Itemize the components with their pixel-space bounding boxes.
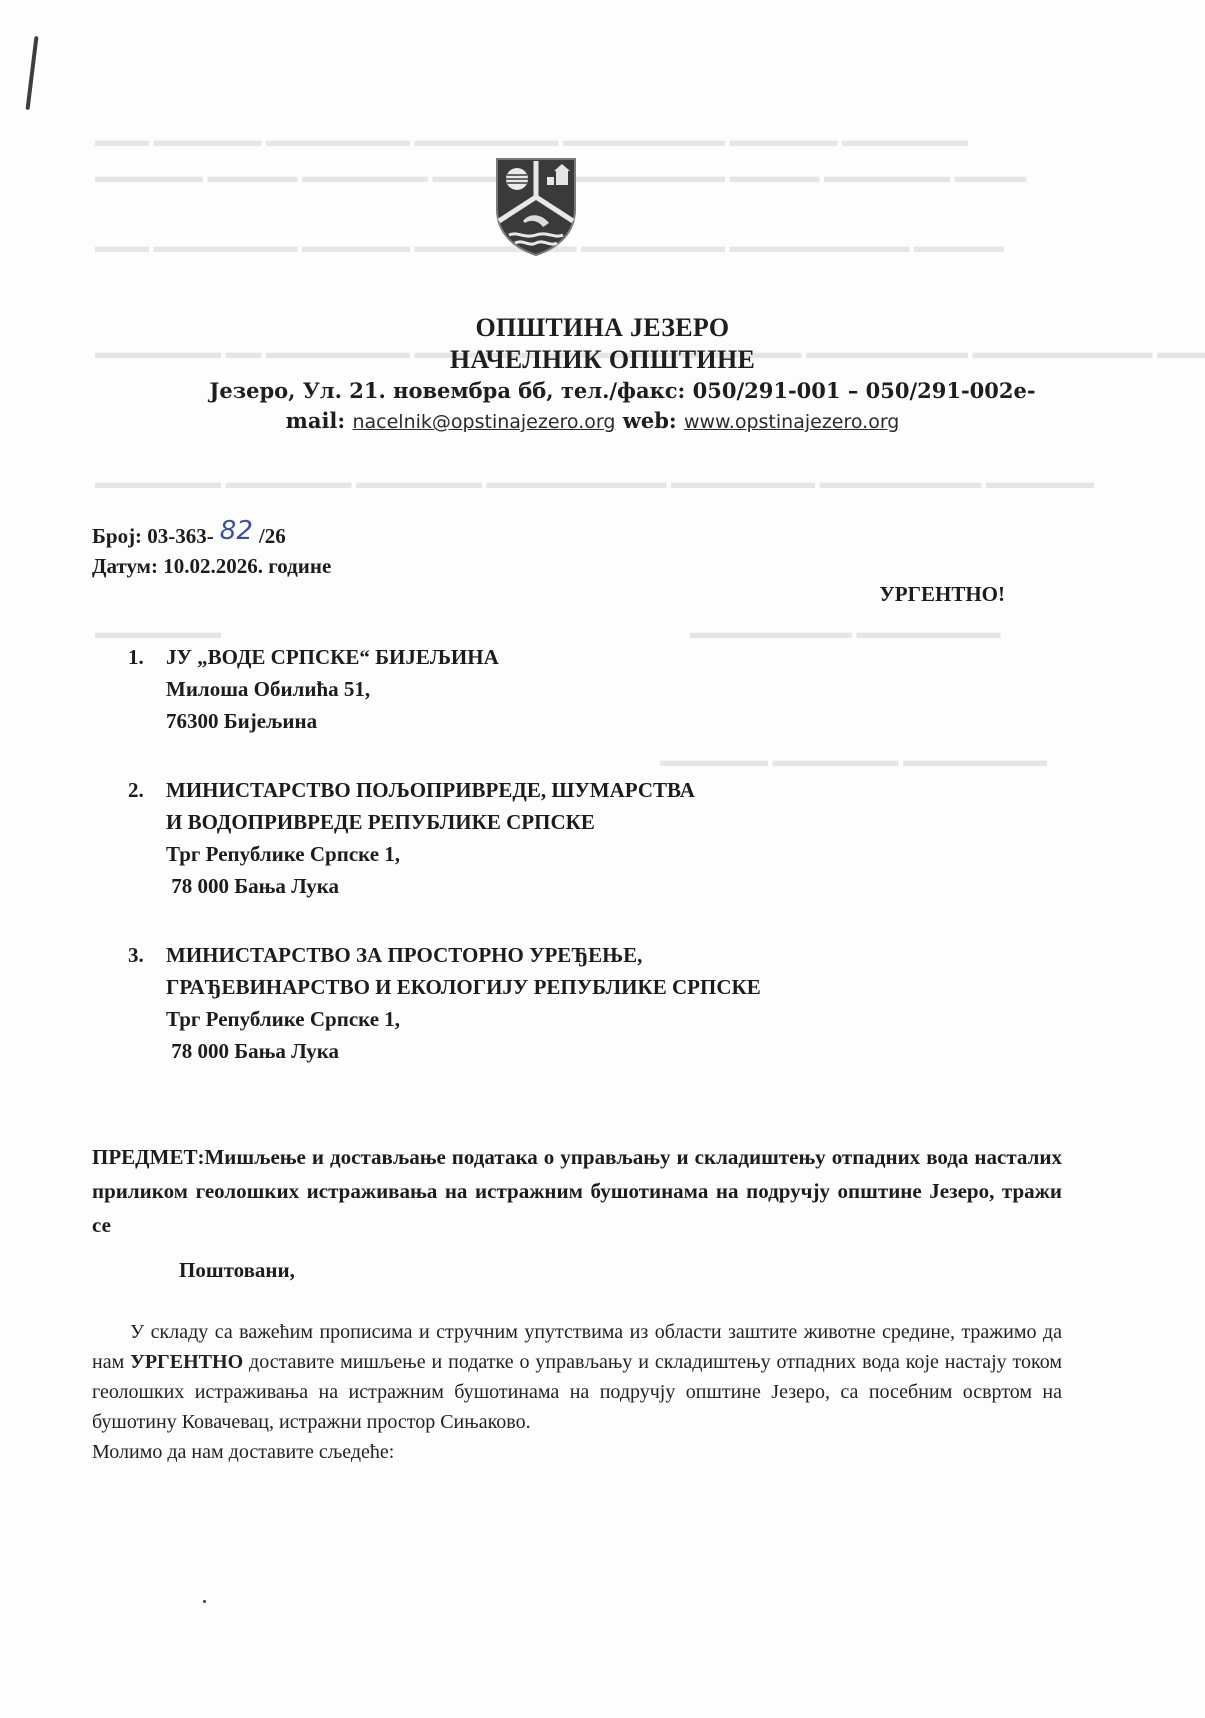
recipient-name: ЈУ „ВОДЕ СРПСКЕ“ БИЈЕЉИНА bbox=[166, 641, 761, 673]
letterhead: ОПШТИНА ЈЕЗЕРО НАЧЕЛНИК ОПШТИНЕ Језеро, … bbox=[0, 312, 1205, 437]
recipient-name: ГРАЂЕВИНАРСТВО И ЕКОЛОГИЈУ РЕПУБЛИКЕ СРП… bbox=[166, 971, 761, 1003]
body-closing-line: Молимо да нам доставите сљедеће: bbox=[92, 1437, 394, 1467]
reference-number-suffix: /26 bbox=[259, 524, 286, 548]
subject-block: ПРЕДМЕТ:Мишљење и достављање података о … bbox=[92, 1140, 1062, 1242]
municipality-name: ОПШТИНА ЈЕЗЕРО bbox=[0, 312, 1205, 344]
recipient-address: 78 000 Бања Лука bbox=[166, 1035, 761, 1067]
handwritten-number: 82 bbox=[220, 516, 253, 546]
recipient-item: 1. ЈУ „ВОДЕ СРПСКЕ“ БИЈЕЉИНА Милоша Обил… bbox=[124, 641, 761, 737]
office-name: НАЧЕЛНИК ОПШТИНЕ bbox=[0, 344, 1205, 376]
web-label: web: bbox=[623, 408, 677, 433]
recipient-name: МИНИСТАРСТВО ЗА ПРОСТОРНО УРЕЂЕЊЕ, bbox=[166, 939, 761, 971]
recipient-number: 3. bbox=[128, 939, 144, 971]
recipient-number: 2. bbox=[128, 774, 144, 806]
bleed-through-text: ▬▬▬ ▬▬▬▬▬▬ ▬▬▬▬▬▬▬▬ ▬▬▬▬▬▬▬▬ ▬▬▬▬▬▬▬▬▬ ▬… bbox=[95, 130, 968, 151]
recipient-item: 2. МИНИСТАРСТВО ПОЉОПРИВРЕДЕ, ШУМАРСТВА … bbox=[124, 774, 761, 902]
subject-text: Мишљење и достављање података о управљањ… bbox=[92, 1145, 1062, 1237]
reference-number-prefix: Број: 03-363- bbox=[92, 524, 214, 548]
web-link[interactable]: www.opstinajezero.org bbox=[684, 411, 899, 433]
greeting: Поштовани, bbox=[179, 1258, 295, 1283]
email-label: mail: bbox=[286, 408, 346, 433]
recipient-address: 78 000 Бања Лука bbox=[166, 870, 761, 902]
recipients-list: 1. ЈУ „ВОДЕ СРПСКЕ“ БИЈЕЉИНА Милоша Обил… bbox=[124, 641, 761, 1104]
document-date: Датум: 10.02.2026. године bbox=[92, 551, 331, 581]
recipient-address: Трг Републике Српске 1, bbox=[166, 838, 761, 870]
address-line: Језеро, Ул. 21. новембра бб, тел./факс: … bbox=[40, 376, 1205, 406]
bleed-through-text: ▬▬▬▬▬▬▬ ▬▬▬▬▬▬▬ ▬▬▬▬▬▬▬ ▬▬▬▬▬▬▬▬▬▬ ▬▬▬▬▬… bbox=[95, 472, 1094, 493]
body-paragraph: У складу са важећим прописима и стручним… bbox=[92, 1317, 1062, 1437]
document-page: ▬▬▬ ▬▬▬▬▬▬ ▬▬▬▬▬▬▬▬ ▬▬▬▬▬▬▬▬ ▬▬▬▬▬▬▬▬▬ ▬… bbox=[0, 0, 1205, 1718]
recipient-number: 1. bbox=[128, 641, 144, 673]
reference-block: Број: 03-363-82/26 Датум: 10.02.2026. го… bbox=[92, 520, 331, 581]
contact-line: mail: nacelnik@opstinajezero.org web: ww… bbox=[0, 406, 1205, 437]
email-link[interactable]: nacelnik@opstinajezero.org bbox=[352, 411, 615, 433]
recipient-item: 3. МИНИСТАРСТВО ЗА ПРОСТОРНО УРЕЂЕЊЕ, ГР… bbox=[124, 939, 761, 1067]
bleed-through-text: ▬▬▬▬▬▬▬▬▬ ▬▬▬▬▬▬▬▬ bbox=[690, 622, 1001, 643]
bleed-through-text: ▬▬▬▬▬▬▬ bbox=[95, 622, 221, 643]
pen-mark bbox=[26, 36, 39, 110]
recipient-name: МИНИСТАРСТВО ПОЉОПРИВРЕДЕ, ШУМАРСТВА bbox=[166, 774, 761, 806]
recipient-address: Милоша Обилића 51, bbox=[166, 673, 761, 705]
body-emphasis: УРГЕНТНО bbox=[130, 1351, 243, 1373]
scan-speck bbox=[203, 1600, 206, 1603]
recipient-address: Трг Републике Српске 1, bbox=[166, 1003, 761, 1035]
recipient-address: 76300 Бијељина bbox=[166, 705, 761, 737]
subject-label: ПРЕДМЕТ: bbox=[92, 1145, 204, 1169]
reference-number: Број: 03-363-82/26 bbox=[92, 520, 331, 551]
recipient-name: И ВОДОПРИВРЕДЕ РЕПУБЛИКЕ СРПСКЕ bbox=[166, 806, 761, 838]
urgent-label: УРГЕНТНО! bbox=[879, 582, 1005, 607]
municipal-crest-icon bbox=[495, 157, 577, 257]
